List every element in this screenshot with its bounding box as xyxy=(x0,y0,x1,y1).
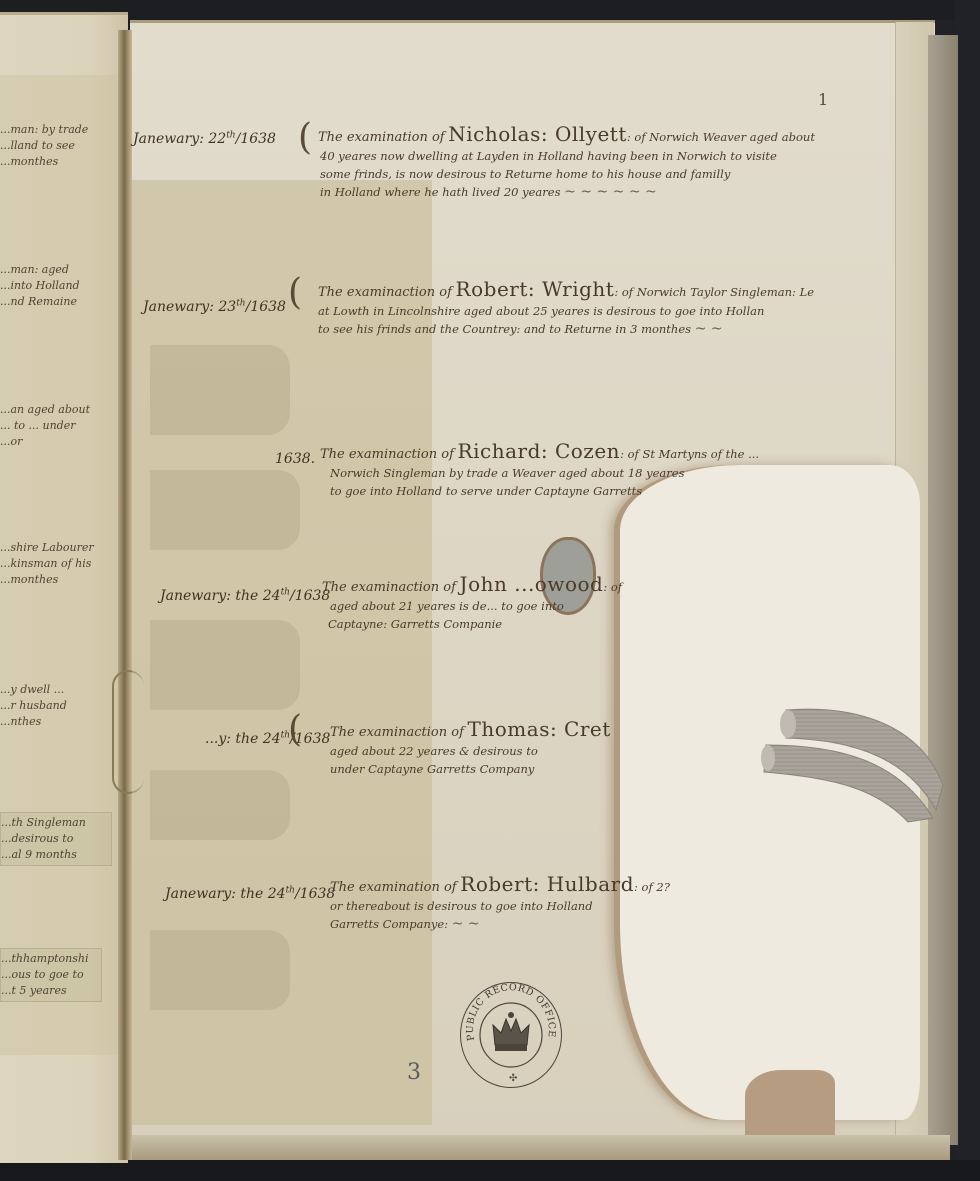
fragment-line: ...kinsman of his xyxy=(0,556,94,572)
line-filler-flourish: ~ ~ ~ ~ ~ ~ xyxy=(564,184,657,200)
folio-number: 3 xyxy=(407,1060,421,1085)
water-stain-dark-patch xyxy=(745,1070,835,1135)
fragment-line: ...monthes xyxy=(0,154,88,170)
line-filler-flourish: ~ ~ xyxy=(695,321,723,337)
margin-mark: 1 xyxy=(818,90,828,109)
left-fragment: ...man: aged ...into Holland ...nd Remai… xyxy=(0,262,80,310)
entry-line: some frinds, is now desirous to Returne … xyxy=(320,165,815,183)
entry-date: Janewary: 23th/1638 xyxy=(143,299,286,315)
fragment-line: ... to ... under xyxy=(0,418,90,434)
entry-text: The examinaction of Richard: Cozen: of S… xyxy=(320,442,759,500)
fragment-line: ...al 9 months xyxy=(1,847,111,863)
entry-line: : of xyxy=(603,580,622,594)
fragment-line: ...r husband xyxy=(0,698,67,714)
fragment-line: ...man: aged xyxy=(0,262,80,278)
fragment-line: ...nthes xyxy=(0,714,67,730)
entry-name: John ...owood xyxy=(460,572,604,596)
fragment-line: ...into Holland xyxy=(0,278,80,294)
entry-line: at Lowth in Lincolnshire aged about 25 y… xyxy=(318,302,814,320)
entry-line: : of Norwich Weaver aged about xyxy=(627,130,815,144)
backdrop-bottom xyxy=(0,1160,980,1181)
entry-line: : of 2? xyxy=(634,880,670,894)
repair-patch xyxy=(150,770,290,840)
entry-date: Janewary: 22th/1638 xyxy=(133,131,276,147)
fragment-line: ...lland to see xyxy=(0,138,88,154)
entry-line: : of Norwich Taylor Singleman: Le xyxy=(614,285,814,299)
entry-line: aged about 21 yeares is de... to goe int… xyxy=(330,597,622,615)
entry-line: aged about 22 yeares & desirous to xyxy=(330,742,611,760)
entry-lead: The examinaction of xyxy=(320,447,454,462)
entry-text: The examination of Nicholas: Ollyett: of… xyxy=(318,125,815,201)
entry-line: or thereabout is desirous to goe into Ho… xyxy=(330,897,670,915)
cloth-tie xyxy=(758,700,948,825)
entry-richard-cozen: 1638. xyxy=(275,448,315,467)
left-fragment: ...an aged about ... to ... under ...or xyxy=(0,402,90,450)
entry-lead: The examinaction of xyxy=(330,725,464,740)
entry-lead: The examination of xyxy=(318,130,445,145)
entry-name: Richard: Cozen xyxy=(458,439,621,463)
page-bottom-edge xyxy=(130,1135,950,1160)
entry-text: The examinaction of Thomas: Cret aged ab… xyxy=(330,720,611,778)
entry-line: in Holland where he hath lived 20 yeares xyxy=(320,185,560,199)
entry-line: to goe into Holland to serve under Capta… xyxy=(330,482,759,500)
fragment-line: ...thhamptonshi xyxy=(1,951,101,967)
repair-patch xyxy=(150,930,290,1010)
repair-patch xyxy=(150,470,300,550)
entry-name: Nicholas: Ollyett xyxy=(448,122,627,146)
book-gutter xyxy=(118,30,132,1160)
entry-line: Garretts Companye: xyxy=(330,917,448,931)
entry-line: under Captayne Garretts Company xyxy=(330,760,611,778)
fragment-line: ...y dwell ... xyxy=(0,682,67,698)
entry-date: 1638. xyxy=(275,451,315,467)
entry-lead: The examination of xyxy=(330,880,457,895)
entry-lead: The examinaction of xyxy=(322,580,456,595)
bracket: ( xyxy=(288,275,302,311)
crown-icon: PUBLIC RECORD OFFICE ✣ xyxy=(461,983,561,1087)
entry-line: to see his frinds and the Countrey: and … xyxy=(318,322,691,336)
entry-date: Janewary: the 24th/1638 xyxy=(165,886,335,902)
entry-name: Robert: Wright xyxy=(456,277,615,301)
fragment-line: ...man: by trade xyxy=(0,122,88,138)
bracket: ( xyxy=(288,712,302,748)
left-fragment-patch: ...th Singleman ...desirous to ...al 9 m… xyxy=(0,812,112,866)
entry-date: Janewary: the 24th/1638 xyxy=(160,588,330,604)
entry-john-owood: Janewary: the 24th/1638 xyxy=(160,585,330,604)
bracket: ( xyxy=(298,120,312,156)
entry-date: ...y: the 24th/1638 xyxy=(205,731,330,747)
fragment-line: ...desirous to xyxy=(1,831,111,847)
backdrop-top xyxy=(0,0,980,20)
repair-patch xyxy=(150,345,290,435)
fragment-line: ...nd Remaine xyxy=(0,294,80,310)
fragment-line: ...shire Labourer xyxy=(0,540,94,556)
backdrop-right xyxy=(955,0,980,1181)
left-fragment: ...y dwell ... ...r husband ...nthes xyxy=(0,682,67,730)
fragment-line: ...ous to goe to xyxy=(1,967,101,983)
left-fragment: ...man: by trade ...lland to see ...mont… xyxy=(0,122,88,170)
entry-nicholas-ollyett: Janewary: 22th/1638 xyxy=(133,128,276,147)
entry-line: Norwich Singleman by trade a Weaver aged… xyxy=(330,464,759,482)
entry-name: Thomas: Cret xyxy=(468,717,611,741)
entry-text: The examination of Robert: Hulbard: of 2… xyxy=(330,875,670,933)
fragment-line: ...t 5 yeares xyxy=(1,983,101,999)
entry-name: Robert: Hulbard xyxy=(460,872,634,896)
entry-thomas-cret: ...y: the 24th/1638 xyxy=(205,728,330,747)
entry-line: : of St Martyns of the ... xyxy=(620,447,759,461)
left-fragment: ...shire Labourer ...kinsman of his ...m… xyxy=(0,540,94,588)
entry-line: Captayne: Garretts Companie xyxy=(328,615,622,633)
binding-edge xyxy=(928,35,958,1145)
entry-robert-wright: Janewary: 23th/1638 xyxy=(143,296,286,315)
entry-lead: The examinaction of xyxy=(318,285,452,300)
fragment-line: ...monthes xyxy=(0,572,94,588)
entry-text: The examinaction of Robert: Wright: of N… xyxy=(318,280,814,338)
public-record-office-stamp: PUBLIC RECORD OFFICE ✣ xyxy=(460,982,562,1088)
entry-text: The examinaction of John ...owood: of ag… xyxy=(322,575,622,633)
entry-robert-hulbard: Janewary: the 24th/1638 xyxy=(165,883,335,902)
line-filler-flourish: ~ ~ xyxy=(452,916,480,932)
repair-patch xyxy=(150,620,300,710)
entry-line: 40 yeares now dwelling at Layden in Holl… xyxy=(320,147,815,165)
fragment-line: ...or xyxy=(0,434,90,450)
svg-text:✣: ✣ xyxy=(509,1073,517,1084)
fragment-line: ...an aged about xyxy=(0,402,90,418)
left-fragment-patch: ...thhamptonshi ...ous to goe to ...t 5 … xyxy=(0,948,102,1002)
fragment-line: ...th Singleman xyxy=(1,815,111,831)
